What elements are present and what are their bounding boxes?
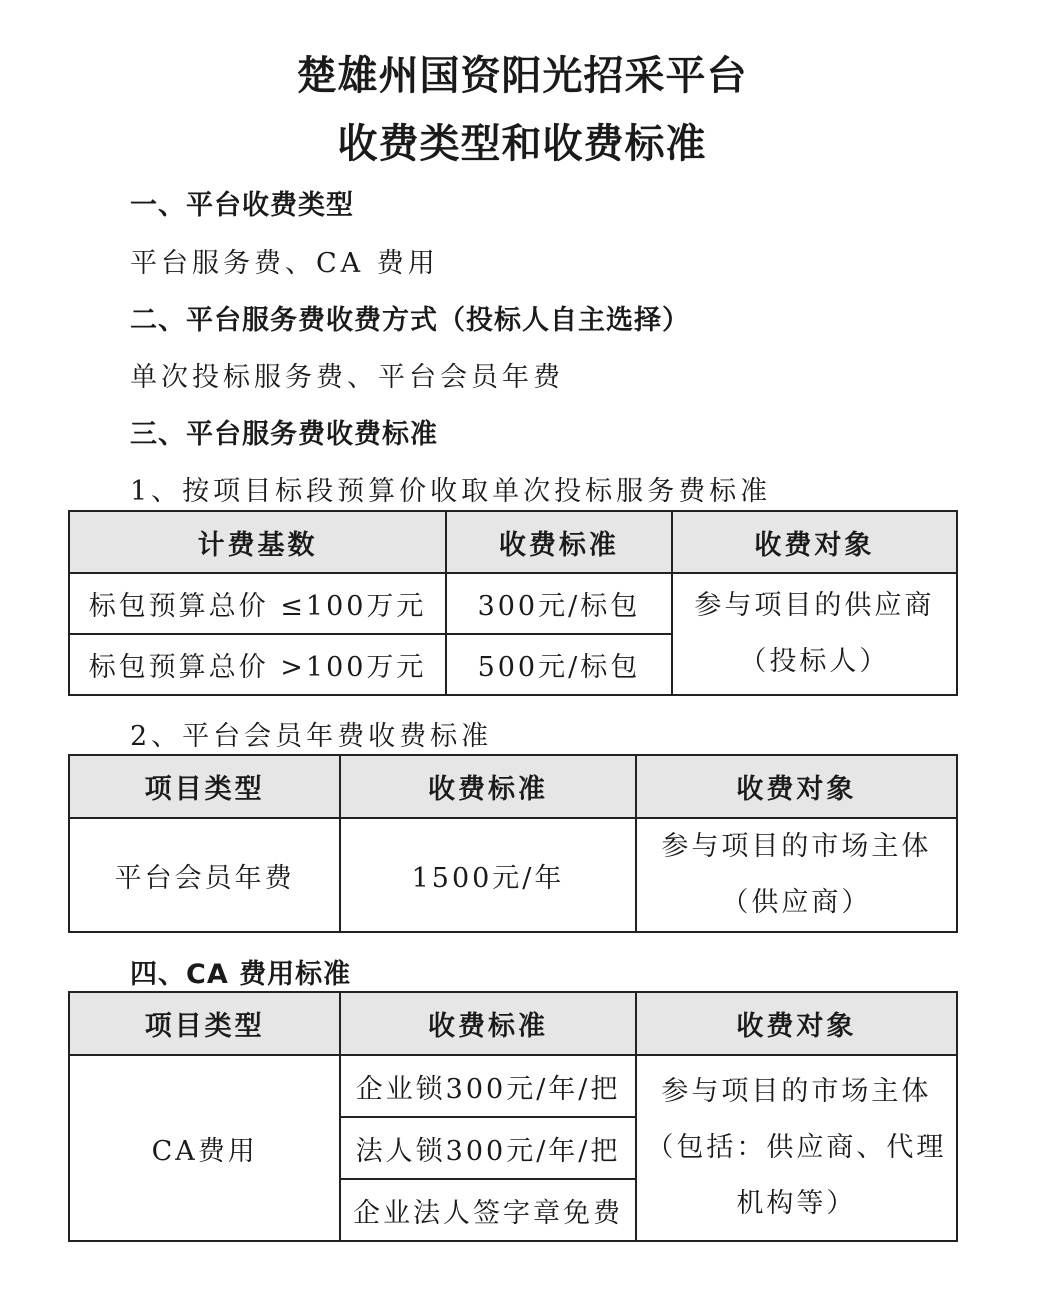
header-target: 收费对象 <box>636 992 957 1055</box>
row-base: 标包预算总价 ≤100万元 <box>69 573 446 634</box>
ca-fee-table: 项目类型 收费标准 收费对象 CA费用 企业锁300元/年/把 参与项目的市场主… <box>68 991 958 1242</box>
target-line: 机构等） <box>637 1176 956 1232</box>
per-bid-fee-table: 计费基数 收费标准 收费对象 标包预算总价 ≤100万元 300元/标包 参与项… <box>68 510 958 696</box>
fee-cell: 企业法人签字章免费 <box>340 1179 635 1241</box>
membership-fee-table: 项目类型 收费标准 收费对象 平台会员年费 1500元/年 参与项目的市场主体 … <box>68 754 958 933</box>
type-cell: CA费用 <box>69 1055 340 1241</box>
header-target: 收费对象 <box>672 511 957 573</box>
header-fee: 收费标准 <box>446 511 672 573</box>
target-cell: 参与项目的市场主体 （供应商） <box>636 818 957 932</box>
target-line: （投标人） <box>673 634 956 690</box>
row-fee: 500元/标包 <box>446 634 672 695</box>
row-base: 标包预算总价 >100万元 <box>69 634 446 695</box>
type-cell: 平台会员年费 <box>69 818 340 932</box>
header-fee: 收费标准 <box>340 992 635 1055</box>
target-cell: 参与项目的市场主体 （包括：供应商、代理 机构等） <box>636 1055 957 1241</box>
target-line: 参与项目的市场主体 <box>637 1064 956 1120</box>
header-type: 项目类型 <box>69 992 340 1055</box>
fee-cell: 法人锁300元/年/把 <box>340 1117 635 1179</box>
fee-cell: 1500元/年 <box>340 818 635 932</box>
section-1-heading: 一、平台收费类型 <box>130 183 354 222</box>
page-subtitle: 收费类型和收费标准 <box>0 112 1044 169</box>
section-1-text: 平台服务费、CA 费用 <box>130 241 439 280</box>
section-3-heading: 三、平台服务费收费标准 <box>130 412 438 451</box>
row-fee: 300元/标包 <box>446 573 672 634</box>
page-title: 楚雄州国资阳光招采平台 <box>0 44 1044 101</box>
section-2-text: 单次投标服务费、平台会员年费 <box>130 355 564 394</box>
target-line: （包括：供应商、代理 <box>637 1120 956 1176</box>
section-4-heading: 四、CA 费用标准 <box>130 952 351 991</box>
section-3-sub2: 2、平台会员年费收费标准 <box>130 714 492 753</box>
header-target: 收费对象 <box>636 755 957 818</box>
fee-cell: 企业锁300元/年/把 <box>340 1055 635 1117</box>
header-fee: 收费标准 <box>340 755 635 818</box>
target-line: 参与项目的市场主体 <box>637 819 956 875</box>
target-line: （供应商） <box>637 875 956 931</box>
section-2-heading: 二、平台服务费收费方式（投标人自主选择） <box>130 298 690 337</box>
header-type: 项目类型 <box>69 755 340 818</box>
target-line: 参与项目的供应商 <box>673 578 956 634</box>
target-cell: 参与项目的供应商 （投标人） <box>672 573 957 695</box>
section-3-sub1: 1、按项目标段预算价收取单次投标服务费标准 <box>130 469 771 508</box>
header-base: 计费基数 <box>69 511 446 573</box>
